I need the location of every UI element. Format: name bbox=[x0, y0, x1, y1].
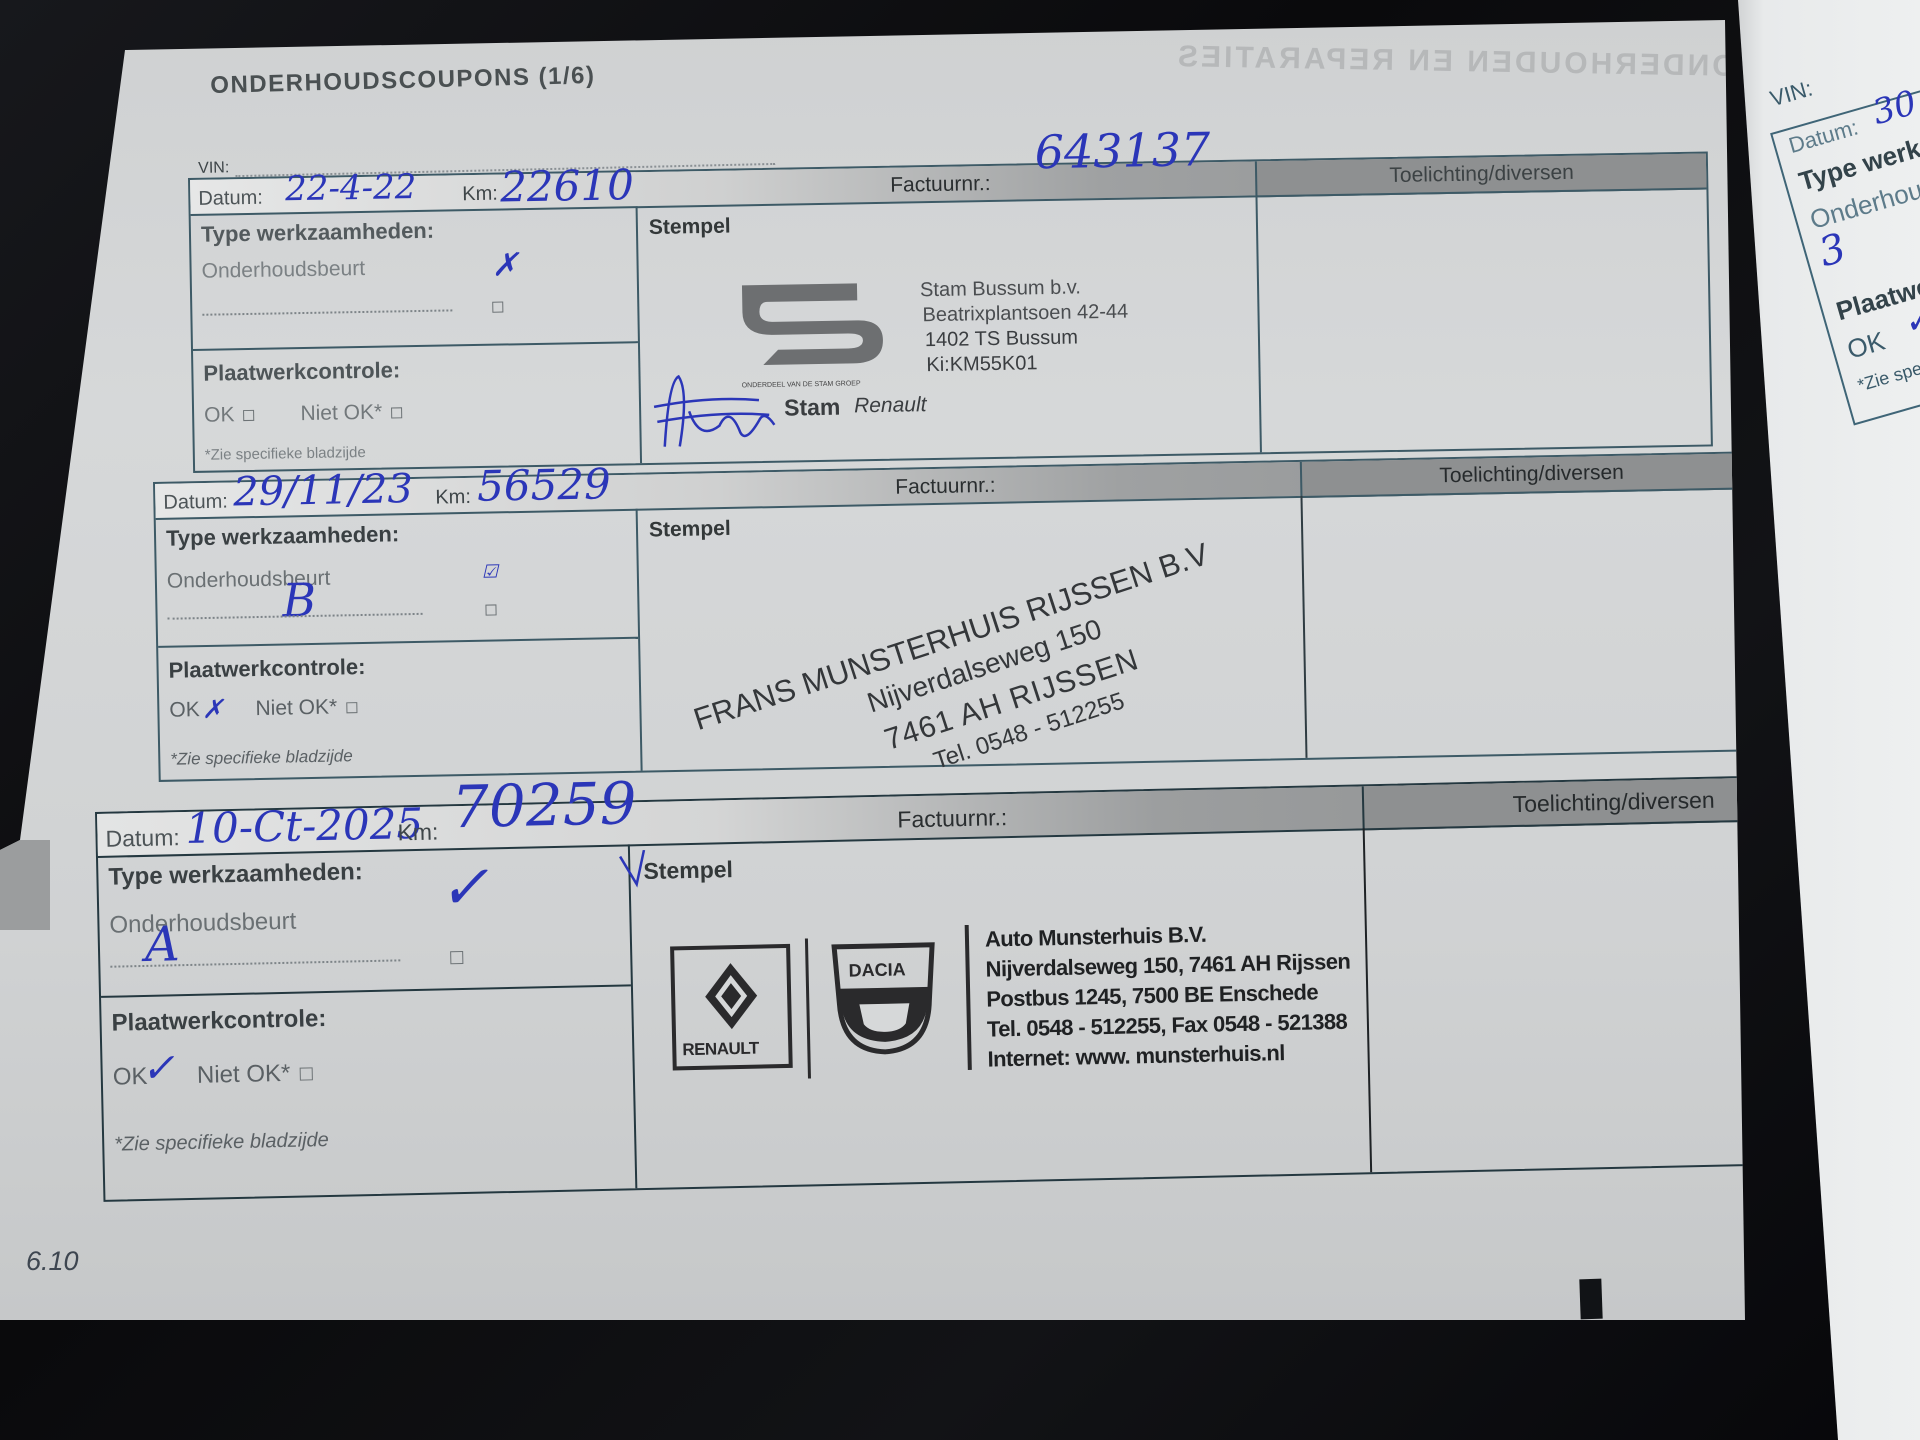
type-note-handwritten[interactable]: A bbox=[144, 920, 180, 969]
work-type-cell: Type werkzaamheden: Onderhoudsbeurt ☑ B … bbox=[156, 509, 643, 780]
stam-street: Beatrixplantsoen 42-44 bbox=[922, 301, 1128, 328]
column-divider bbox=[1255, 195, 1261, 452]
extra-checkbox[interactable] bbox=[492, 302, 503, 313]
toelichting-label: Toelichting/diversen bbox=[1389, 161, 1574, 188]
km-label: Km: bbox=[397, 819, 438, 847]
type-werkzaamheden-label: Type werkzaamheden: bbox=[166, 521, 400, 551]
toelichting-label: Toelichting/diversen bbox=[1439, 461, 1624, 489]
datum-label: Datum: bbox=[163, 491, 228, 515]
plaatwerk-ok-row: OK ✗ Niet OK* bbox=[169, 694, 357, 724]
ok-checkmark[interactable]: ✓ bbox=[141, 1048, 175, 1089]
datum-label: Datum: bbox=[198, 187, 263, 211]
work-type-cell: Type werkzaamheden: Onderhoudsbeurt ✗ Pl… bbox=[191, 206, 642, 471]
column-divider bbox=[1300, 496, 1307, 758]
stam-company: Stam Bussum b.v. bbox=[920, 276, 1081, 302]
plaatwerkcontrole-label: Plaatwerkcontrole: bbox=[203, 357, 400, 386]
onderhoudsbeurt-checkmark[interactable]: ☑ bbox=[482, 563, 498, 581]
niet-ok-label: Niet OK* bbox=[255, 696, 337, 722]
type-werkzaamheden-box: Type werkzaamheden: Onderhoudsbeurt ☑ B bbox=[156, 509, 638, 648]
zie-specifieke-note: *Zie specifieke bladzijde bbox=[170, 746, 353, 769]
coupon-1: Toelichting/diversen Datum: 22-4-22 Km: … bbox=[188, 151, 1713, 472]
section-title: ONDERHOUDSCOUPONS (1/6) bbox=[210, 62, 596, 100]
coupon-2: Toelichting/diversen Datum: 29/11/23 Km:… bbox=[153, 451, 1768, 782]
km-label: Km: bbox=[462, 183, 498, 207]
type-werkzaamheden-label: Type werkzaamheden: bbox=[201, 218, 435, 248]
datum-label: Datum: bbox=[105, 824, 180, 853]
onderhoudsbeurt-checkmark[interactable]: ✗ bbox=[491, 248, 518, 280]
factuurnr-label: Factuurnr.: bbox=[890, 172, 991, 198]
factuurnr-label: Factuurnr.: bbox=[897, 804, 1008, 833]
km-label: Km: bbox=[435, 486, 471, 510]
dacia-wordmark: DACIA bbox=[848, 959, 905, 981]
plaatwerk-ok-row: OK ✓ Niet OK* bbox=[112, 1053, 312, 1097]
extra-checkbox[interactable] bbox=[485, 604, 496, 615]
km-handwritten[interactable]: 56529 bbox=[477, 463, 611, 508]
rp-datum-handwritten[interactable]: 30 bbox=[1869, 86, 1920, 131]
mirrored-bleed-through-title: ONDERHOUDEN EN REPARATIES bbox=[1175, 40, 1736, 84]
niet-ok-label: Niet OK* bbox=[300, 401, 382, 426]
datum-handwritten[interactable]: 10-Ct-2025 bbox=[185, 803, 424, 850]
stempel-label: Stempel bbox=[649, 517, 731, 543]
type-werkzaamheden-box: Type werkzaamheden: Onderhoudsbeurt ✗ bbox=[191, 206, 638, 351]
booklet-page: ONDERHOUDEN EN REPARATIES ONDERHOUDSCOUP… bbox=[0, 20, 1745, 1320]
stam-s-logo bbox=[737, 278, 889, 371]
niet-ok-checkbox[interactable] bbox=[299, 1067, 312, 1080]
extra-checkbox[interactable] bbox=[450, 951, 463, 964]
zie-specifieke-note: *Zie specifieke bladzijde bbox=[114, 1129, 329, 1157]
ok-label: OK bbox=[204, 403, 235, 428]
niet-ok-checkbox[interactable] bbox=[391, 407, 402, 418]
ok-checkbox[interactable] bbox=[243, 409, 254, 420]
factuurnr-handwritten[interactable]: 643137 bbox=[1034, 126, 1210, 175]
stempel-checkmark bbox=[618, 850, 659, 891]
toelichting-label: Toelichting/diversen bbox=[1512, 786, 1715, 817]
ok-label: OK bbox=[169, 698, 200, 723]
plaatwerkcontrole-label: Plaatwerkcontrole: bbox=[168, 654, 365, 684]
page-tab-marker bbox=[1579, 1279, 1602, 1320]
dealer-address-block: Auto Munsterhuis B.V. Nijverdalseweg 150… bbox=[985, 917, 1353, 1075]
plaatwerk-ok-row: OK Niet OK* bbox=[204, 400, 402, 427]
toelichting-header: Toelichting/diversen bbox=[1300, 453, 1762, 498]
onderhoudsbeurt-label: Onderhoudsbeurt bbox=[109, 908, 296, 940]
stempel-label: Stempel bbox=[649, 215, 731, 240]
datum-handwritten[interactable]: 29/11/23 bbox=[233, 469, 413, 512]
zie-specifieke-note: *Zie specifieke bladzijde bbox=[205, 444, 366, 464]
datum-handwritten[interactable]: 22-4-22 bbox=[285, 170, 417, 206]
niet-ok-label: Niet OK* bbox=[197, 1060, 291, 1090]
dotted-line bbox=[202, 309, 452, 315]
renault-wordmark: RENAULT bbox=[682, 1039, 759, 1061]
plaatwerkcontrole-label: Plaatwerkcontrole: bbox=[111, 1005, 326, 1038]
onderhoudsbeurt-checkmark[interactable]: ✓ bbox=[438, 857, 490, 918]
ok-checkmark[interactable]: ✗ bbox=[201, 697, 223, 723]
type-werkzaamheden-box: Type werkzaamheden: Onderhoudsbeurt ✓ A bbox=[98, 844, 631, 998]
stam-city: 1402 TS Bussum bbox=[925, 326, 1078, 352]
km-handwritten[interactable]: 22610 bbox=[500, 164, 634, 208]
stamp-divider bbox=[965, 925, 972, 1070]
coupon-3: Toelichting/diversen Datum: 10-Ct-2025 K… bbox=[95, 773, 1873, 1202]
stamp-divider bbox=[805, 938, 811, 1078]
column-divider bbox=[1363, 828, 1373, 1172]
km-handwritten[interactable]: 70259 bbox=[451, 774, 637, 836]
vin-label: VIN: bbox=[198, 159, 230, 178]
dacia-logo bbox=[828, 941, 940, 1058]
onderhoudsbeurt-label: Onderhoudsbeurt bbox=[201, 257, 365, 284]
renault-diamond-icon bbox=[700, 961, 762, 1032]
stam-brand-italic: Renault bbox=[854, 393, 927, 418]
rp-vin-label: VIN: bbox=[1767, 75, 1815, 112]
toelichting-header: Toelichting/diversen bbox=[1255, 154, 1707, 198]
page-fold bbox=[0, 840, 50, 930]
work-type-cell: Type werkzaamheden: Onderhoudsbeurt ✓ A … bbox=[98, 844, 637, 1200]
stam-code: Ki:KM55K01 bbox=[926, 352, 1038, 377]
niet-ok-checkbox[interactable] bbox=[346, 702, 357, 713]
page-number: 6.10 bbox=[26, 1246, 79, 1277]
factuurnr-label: Factuurnr.: bbox=[895, 474, 996, 500]
dealer-signature[interactable] bbox=[648, 369, 799, 452]
type-werkzaamheden-label: Type werkzaamheden: bbox=[108, 858, 363, 892]
renault-logo: RENAULT bbox=[670, 944, 793, 1071]
